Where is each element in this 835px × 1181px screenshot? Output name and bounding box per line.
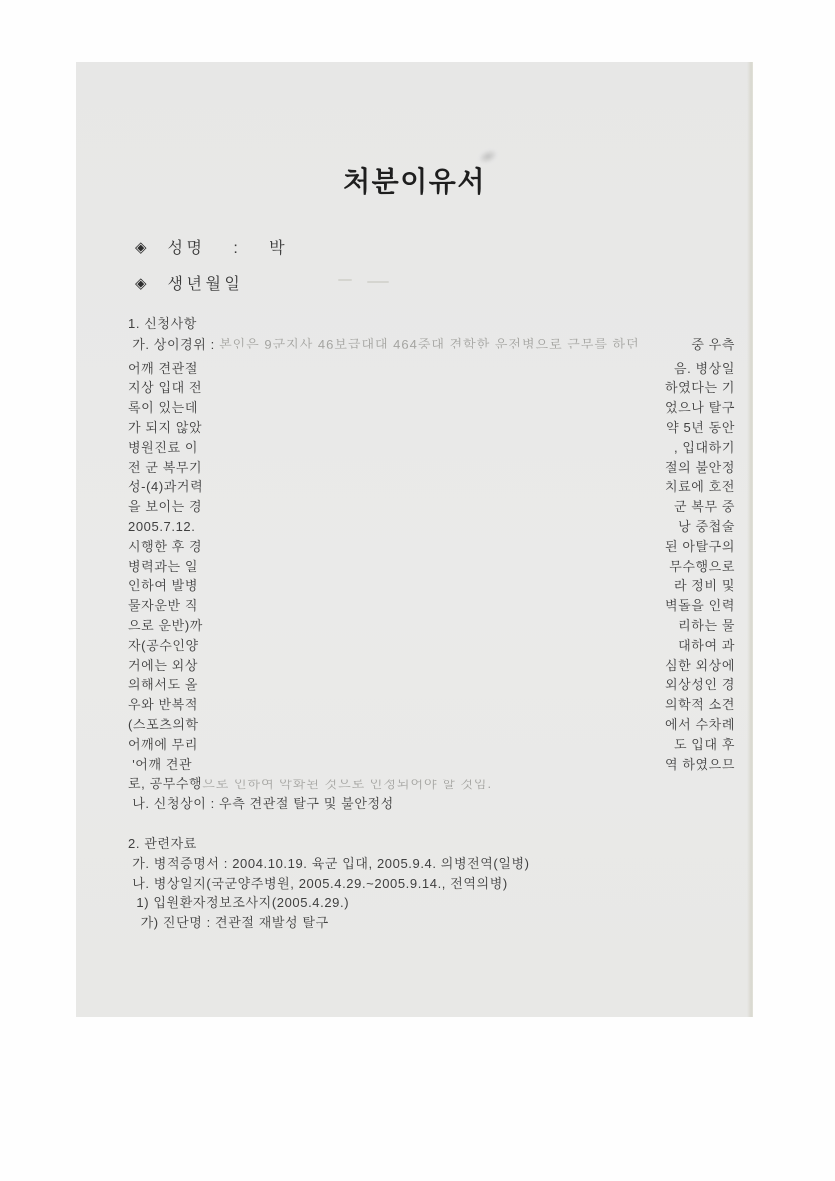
line-right-fragment: 라 정비 및 bbox=[674, 576, 735, 596]
line-right-fragment: 도 입대 후 bbox=[674, 735, 735, 755]
line-right-fragment: 음. 병상일 bbox=[674, 359, 735, 379]
line-right-fragment: 군 복무 중 bbox=[674, 497, 735, 517]
related-document-item: 가. 병적증명서 : 2004.10.19. 육군 입대, 2005.9.4. … bbox=[128, 854, 735, 874]
document-title: 처분이유서 bbox=[76, 160, 753, 200]
redacted-text-line: 병원진료 이 , 입대하기 bbox=[128, 438, 735, 458]
section2-heading: 2. 관련자료 bbox=[128, 834, 735, 854]
line-left-fragment: 의해서도 올 bbox=[128, 675, 198, 695]
document-page: 처분이유서 ◈성명 : 박 ◈생년월일 1. 신청사항 가. 상이경위 : 본인… bbox=[76, 62, 753, 1017]
line-left-fragment: 지상 입대 전 bbox=[128, 378, 202, 398]
redacted-text-line: 가 되지 않았 약 5년 동안 bbox=[128, 418, 735, 438]
related-documents-list: 가. 병적증명서 : 2004.10.19. 육군 입대, 2005.9.4. … bbox=[128, 854, 735, 933]
line-right-fragment: 치료에 호전 bbox=[665, 477, 735, 497]
section1-heading: 1. 신청사항 bbox=[128, 314, 735, 334]
line-right-fragment: 리하는 물 bbox=[678, 616, 735, 636]
line-left-fragment: 으로 운반)까 bbox=[128, 616, 203, 636]
name-label-value: 성명 : 박 bbox=[168, 235, 289, 258]
line-left: 로, 공무수행으로 인하여 악화된 것으로 인정되어야 할 것임. bbox=[128, 774, 492, 794]
line-left-fragment: 전 군 복무기 bbox=[128, 458, 202, 478]
line-right-fragment: 심한 외상에 bbox=[665, 656, 735, 676]
line-left-fragment: 병력과는 일 bbox=[128, 557, 198, 577]
line-right-fragment: 외상성인 경 bbox=[665, 675, 735, 695]
line-right-fragment: 대하여 과 bbox=[678, 636, 735, 656]
redacted-text-line: 거에는 외상 심한 외상에 bbox=[128, 656, 735, 676]
injury-circumstance-line: 가. 상이경위 : 본인은 9군지사 46보급대대 464중대 견학한 운전병으… bbox=[128, 335, 735, 355]
conclusion-line: 로, 공무수행으로 인하여 악화된 것으로 인정되어야 할 것임. bbox=[128, 774, 735, 794]
redacted-text-line: 어깨에 무리 도 입대 후 bbox=[128, 735, 735, 755]
redacted-text-line: 성-(4)과거력 치료에 호전 bbox=[128, 477, 735, 497]
scan-edge-shadow bbox=[747, 62, 753, 1017]
line-left-fragment: 성-(4)과거력 bbox=[128, 477, 203, 497]
line-left-fragment: 2005.7.12. bbox=[128, 517, 195, 537]
redacted-text-line: 우와 반복적 의학적 소견 bbox=[128, 695, 735, 715]
line-left-fragment: 병원진료 이 bbox=[128, 438, 198, 458]
redacted-text-line: 으로 운반)까 리하는 물 bbox=[128, 616, 735, 636]
faded-text: 본인은 9군지사 46보급대대 464중대 견학한 운전병으로 근무를 하던 bbox=[219, 335, 640, 355]
line-right-fragment: 었으나 탈구 bbox=[665, 398, 735, 418]
line-right-fragment: 낭 중첩술 bbox=[678, 517, 735, 537]
line-left-fragment: 어깨에 무리 bbox=[128, 735, 198, 755]
line-left-fragment: 을 보이는 경 bbox=[128, 497, 202, 517]
line-left-fragment: 거에는 외상 bbox=[128, 656, 198, 676]
line-left-fragment: (스포츠의학 bbox=[128, 715, 199, 735]
faded-text: 으로 인하여 악화된 것으로 인정되어야 할 것임. bbox=[202, 774, 492, 794]
line-right-fragment: 에서 수차례 bbox=[665, 715, 735, 735]
redacted-paragraph-lines: 어깨 견관절 음. 병상일 지상 입대 전 하였다는 기 록이 있는데 었으나 … bbox=[128, 359, 735, 775]
line-left-fragment: 물자운반 직 bbox=[128, 596, 198, 616]
line-left: 가. 상이경위 : 본인은 9군지사 46보급대대 464중대 견학한 운전병으… bbox=[128, 335, 640, 355]
scanned-document: { "scan_artifacts": { "top_mark_left": "… bbox=[0, 0, 835, 1181]
document-body: 1. 신청사항 가. 상이경위 : 본인은 9군지사 46보급대대 464중대 … bbox=[128, 314, 735, 933]
related-document-item: 나. 병상일지(국군양주병원, 2005.4.29.~2005.9.14., 전… bbox=[128, 874, 735, 894]
redacted-text-line: 물자운반 직 벽돌을 인력 bbox=[128, 596, 735, 616]
line-left-fragment: 록이 있는데 bbox=[128, 398, 198, 418]
redacted-text-line: 인하여 발병 라 정비 및 bbox=[128, 576, 735, 596]
line-right-fragment: 절의 불안정 bbox=[665, 458, 735, 478]
related-document-item: 1) 입원환자정보조사지(2005.4.29.) bbox=[128, 893, 735, 913]
redacted-text-line: 시행한 후 경 된 아탈구의 bbox=[128, 537, 735, 557]
line-right-fragment: 하였다는 기 bbox=[665, 378, 735, 398]
redacted-text-line: 록이 있는데 었으나 탈구 bbox=[128, 398, 735, 418]
redacted-text-line: 의해서도 올 외상성인 경 bbox=[128, 675, 735, 695]
line-left-fragment: 자(공수인양 bbox=[128, 636, 199, 656]
claimed-injury-line: 나. 신청상이 : 우측 견관절 탈구 및 불안정성 bbox=[128, 794, 735, 814]
redacted-text-line: 전 군 복무기 절의 불안정 bbox=[128, 458, 735, 478]
line-right-fragment: 벽돌을 인력 bbox=[665, 596, 735, 616]
line-left-fragment: '어깨 견관 bbox=[128, 755, 192, 775]
redacted-text-line: 병력과는 일 무수행으로 bbox=[128, 557, 735, 577]
line-right-fragment: 약 5년 동안 bbox=[666, 418, 735, 438]
name-field: ◈성명 : 박 bbox=[135, 235, 288, 258]
redacted-text-line: 2005.7.12. 낭 중첩술 bbox=[128, 517, 735, 537]
line-left-fragment: 어깨 견관절 bbox=[128, 359, 198, 379]
related-document-item: 가) 진단명 : 견관절 재발성 탈구 bbox=[128, 913, 735, 933]
line-left-fragment: 시행한 후 경 bbox=[128, 537, 202, 557]
line-right-fragment: 된 아탈구의 bbox=[665, 537, 735, 557]
birthdate-label: 생년월일 bbox=[168, 271, 244, 294]
redacted-text-line: 어깨 견관절 음. 병상일 bbox=[128, 359, 735, 379]
line-left-fragment: 가 되지 않았 bbox=[128, 418, 202, 438]
diamond-bullet-icon: ◈ bbox=[135, 274, 147, 292]
line-right-fragment: 무수행으로 bbox=[669, 557, 735, 577]
redacted-text-line: (스포츠의학 에서 수차례 bbox=[128, 715, 735, 735]
line-left-fragment: 우와 반복적 bbox=[128, 695, 198, 715]
redacted-remnant bbox=[338, 279, 352, 281]
birthdate-field: ◈생년월일 bbox=[135, 271, 243, 294]
line-right-fragment: , 입대하기 bbox=[674, 438, 735, 458]
redacted-text-line: '어깨 견관 역 하였으므 bbox=[128, 755, 735, 775]
line-right: 중 우측 bbox=[691, 335, 735, 355]
line-right-fragment: 의학적 소견 bbox=[665, 695, 735, 715]
redacted-text-line: 지상 입대 전 하였다는 기 bbox=[128, 378, 735, 398]
line-left-fragment: 인하여 발병 bbox=[128, 576, 198, 596]
line-right-fragment: 역 하였으므 bbox=[665, 755, 735, 775]
redacted-text-line: 자(공수인양 대하여 과 bbox=[128, 636, 735, 656]
diamond-bullet-icon: ◈ bbox=[135, 238, 147, 256]
redacted-text-line: 을 보이는 경 군 복무 중 bbox=[128, 497, 735, 517]
redacted-remnant bbox=[367, 281, 389, 283]
